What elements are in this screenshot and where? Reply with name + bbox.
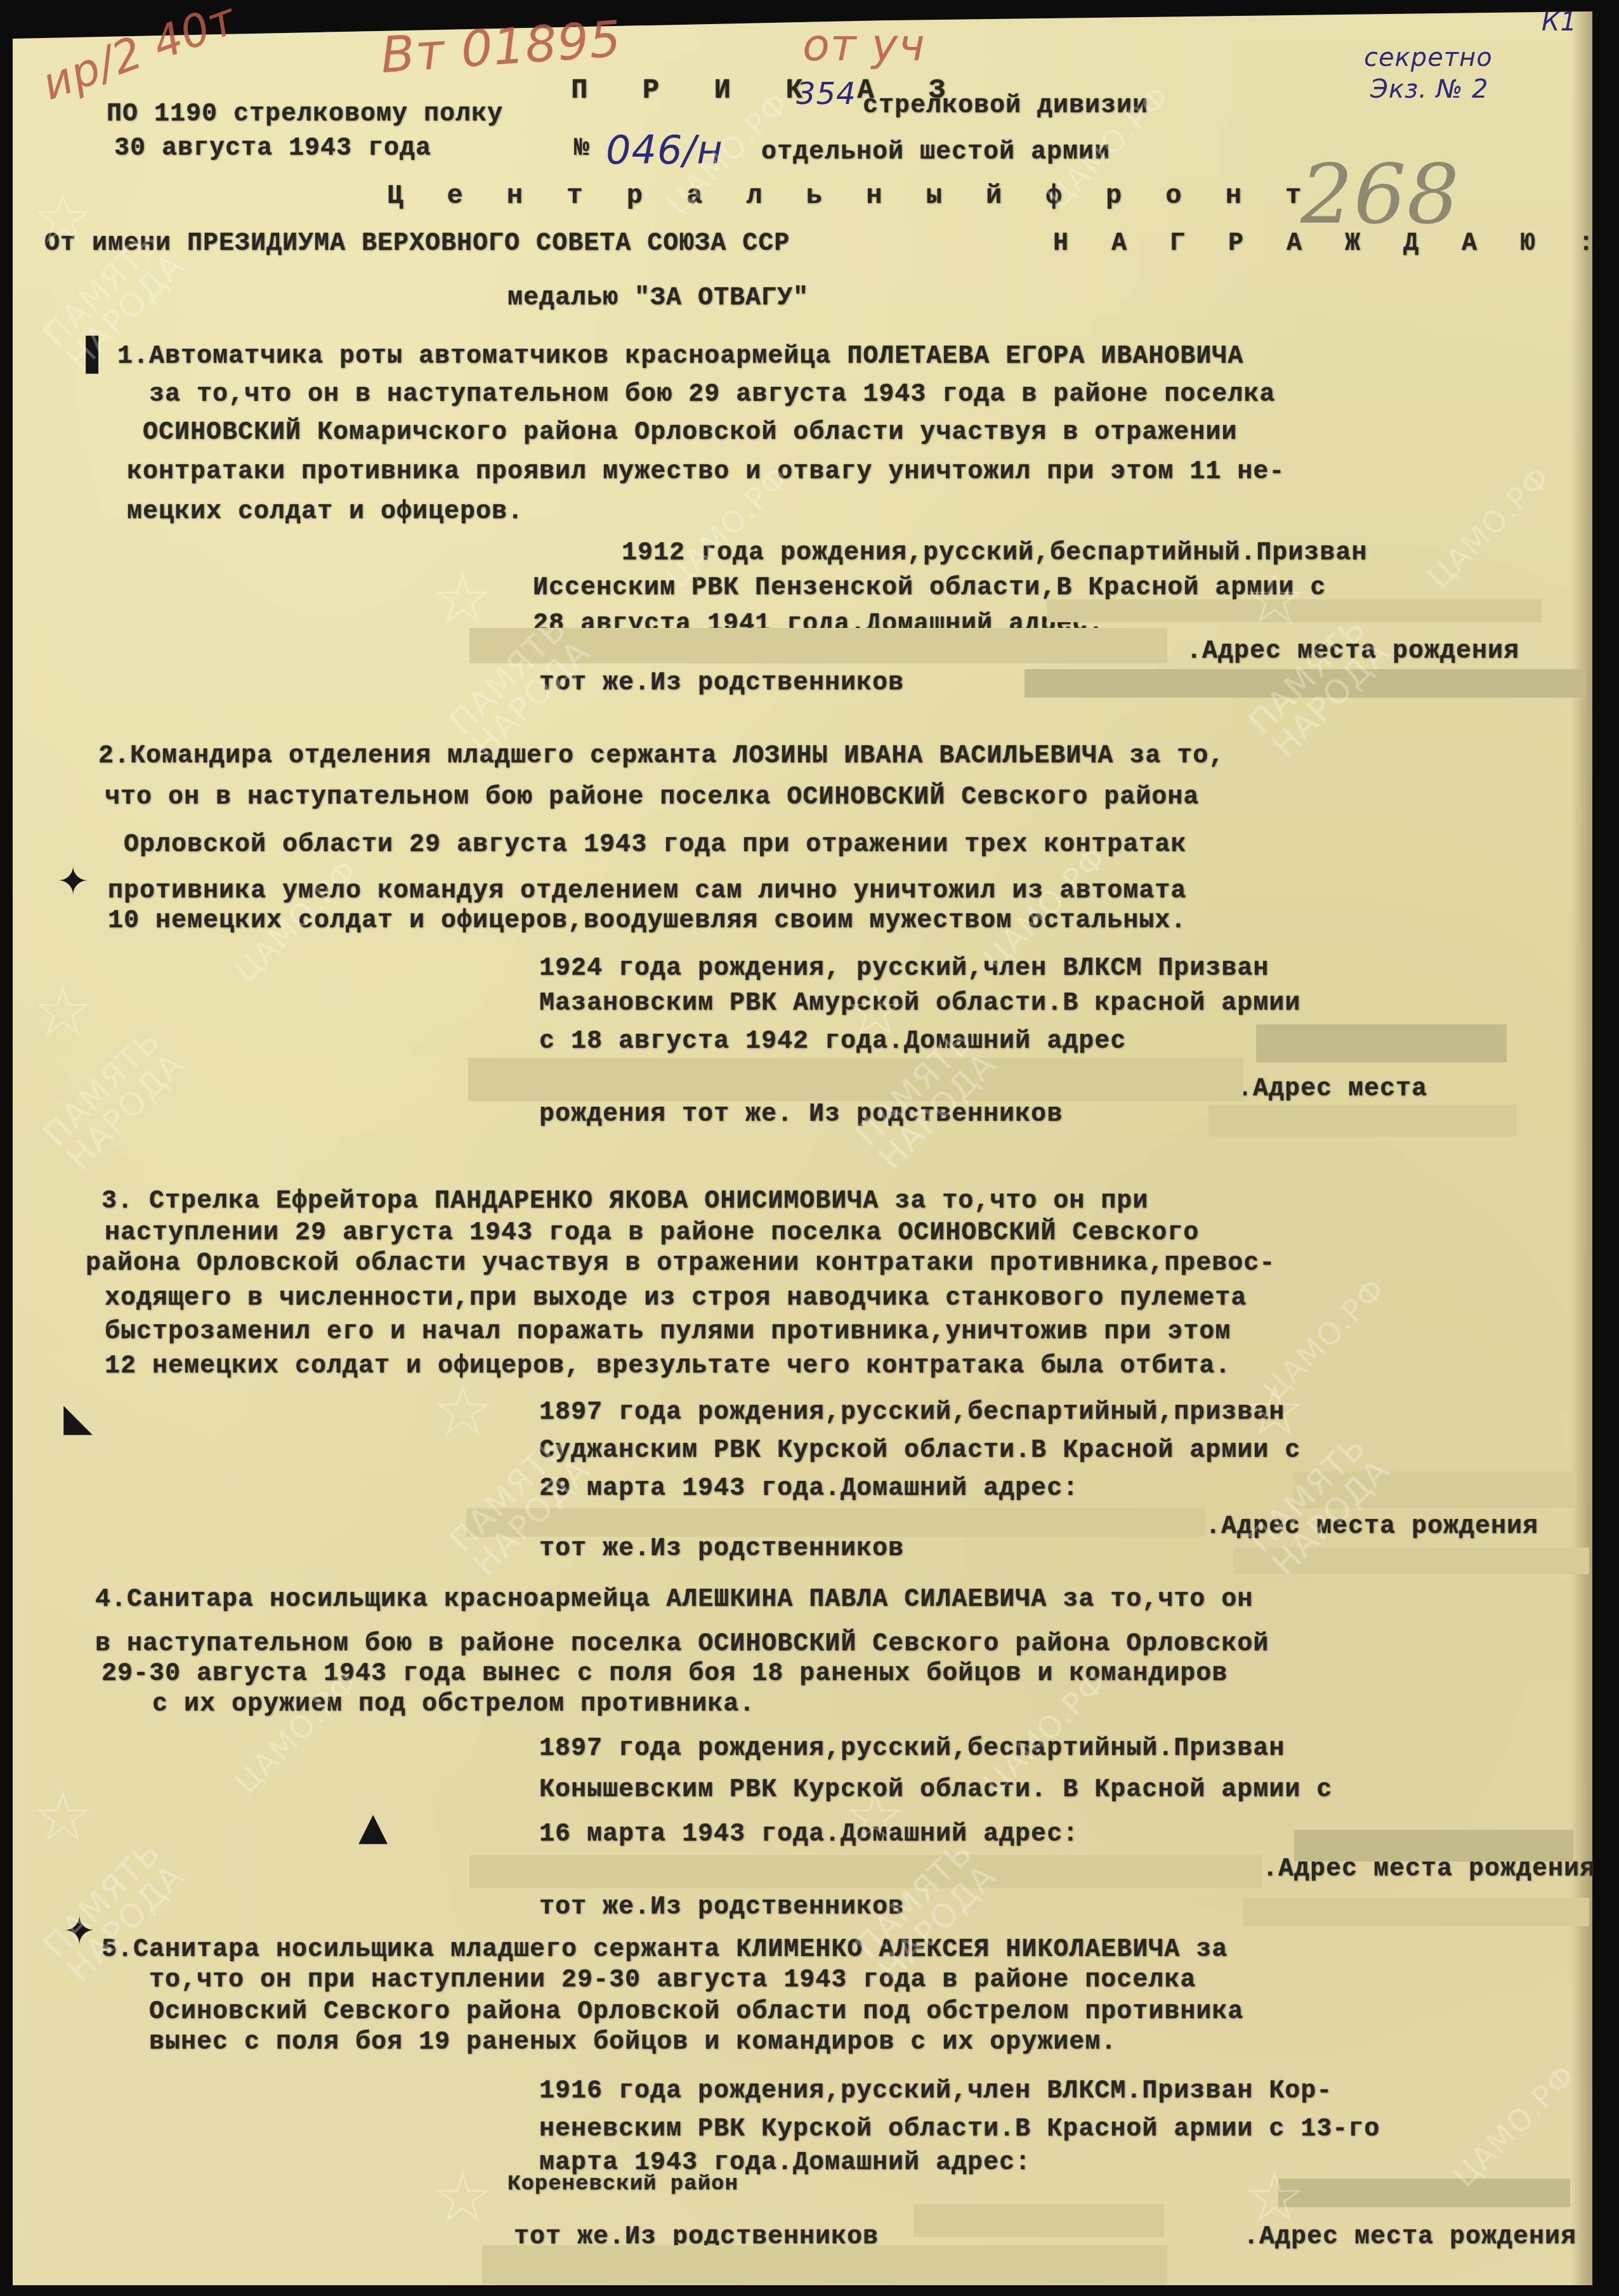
- entry-line: быстрозаменил его и начал поражать пулям…: [105, 1318, 1231, 1347]
- redaction-block: [469, 628, 1167, 663]
- redaction-block: [1294, 1471, 1576, 1508]
- entry-line: за то,что он в наступательном бою 29 авг…: [149, 381, 1275, 409]
- copy-number: Экз. № 2: [1370, 75, 1489, 104]
- division-label: стрелковой дивизии: [863, 92, 1148, 121]
- bio-line: неневским РВК Курской области.В Красной …: [539, 2115, 1380, 2144]
- regiment-line: ПО 1190 стрелковому полку: [107, 100, 503, 129]
- entry-line: 10 немецких солдат и офицеров,воодушевля…: [108, 907, 1186, 936]
- bio-line: .Адрес места рождения: [1243, 2223, 1576, 2252]
- redaction-block: [914, 2204, 1164, 2237]
- pencil-page-number: 268: [1301, 146, 1460, 242]
- entry-line: 29-30 августа 1943 года вынес с поля боя…: [102, 1660, 1228, 1688]
- entry-line: в наступательном бою в районе поселка ОС…: [95, 1630, 1269, 1659]
- bio-line: 1924 года рождения, русский,член ВЛКСМ П…: [539, 955, 1269, 983]
- redaction-block: [466, 1508, 1205, 1537]
- binding-hole-icon: ✦: [57, 859, 89, 904]
- entry-line: мецких солдат и офицеров.: [127, 498, 523, 526]
- redaction-block: [1256, 1024, 1507, 1062]
- bio-line: Суджанским РВК Курской области.В Красной…: [539, 1437, 1301, 1465]
- bio-line: рождения тот же. Из родственников: [539, 1100, 1063, 1129]
- entry-line: 12 немецких солдат и офицеров, врезульта…: [105, 1352, 1231, 1381]
- entry-line: Орловской области 29 августа 1943 года п…: [124, 831, 1186, 859]
- redaction-block: [1047, 599, 1542, 622]
- division-number: 354: [796, 76, 856, 112]
- bio-line: Конышевским РВК Курской области. В Красн…: [539, 1776, 1332, 1804]
- redaction-block: [482, 2245, 1167, 2285]
- entry-line: Осиновский Севского района Орловской обл…: [149, 1998, 1243, 2026]
- entry-line: ОСИНОВСКИЙ Комаричского района Орловской…: [143, 419, 1237, 447]
- redaction-block: [468, 1058, 1243, 1101]
- redaction-block: [1243, 1898, 1589, 1926]
- bio-line: 1916 года рождения,русский,член ВЛКСМ.Пр…: [539, 2077, 1332, 2106]
- bio-line: 1912 года рождения,русский,беспартийный.…: [622, 539, 1367, 568]
- army-line: отдельной шестой армии: [761, 138, 1110, 167]
- bio-line: 1897 года рождения,русский,беспартийный,…: [539, 1399, 1285, 1427]
- entry-line: 3. Стрелка Ефрейтора ПАНДАРЕНКО ЯКОВА ОН…: [102, 1187, 1148, 1216]
- bio-line: Кореневский район: [508, 2172, 738, 2196]
- medal-name: медалью "ЗА ОТВАГУ": [508, 284, 809, 313]
- entry-line: то,что он при наступлении 29-30 августа …: [149, 1966, 1196, 1995]
- bio-line: с 18 августа 1942 года.Домашний адрес: [539, 1027, 1126, 1056]
- bio-line: Мазановским РВК Амурской области.В красн…: [539, 989, 1301, 1018]
- bio-line: тот же.Из родственников: [539, 669, 904, 698]
- entry-line: 4.Санитара носильщика красноармейца АЛЕШ…: [95, 1586, 1253, 1614]
- entry-line: ходящего в численности,при выходе из стр…: [105, 1284, 1247, 1313]
- entry-line: 2.Командира отделения младшего сержанта …: [98, 742, 1224, 771]
- front-name: Ц е н т р а л ь н ы й ф р о н т: [387, 181, 1315, 211]
- ink-mark-icon: ▲: [358, 1804, 388, 1849]
- red-annotation-top-right: от уч: [803, 19, 926, 71]
- redaction-block: [1294, 1830, 1573, 1862]
- binding-hole-icon: ❚: [76, 330, 108, 374]
- entry-line: 1.Автоматчика роты автоматчиков красноар…: [117, 342, 1243, 371]
- secret-stamp: секретно: [1364, 43, 1493, 72]
- entry-line: с их оружием под обстрелом противника.: [152, 1690, 755, 1719]
- bio-line: 16 марта 1943 года.Домашний адрес:: [539, 1820, 1078, 1849]
- order-number: 046/н: [606, 127, 723, 173]
- order-date: 30 августа 1943 года: [114, 134, 431, 163]
- entry-line: района Орловской области участвуя в отра…: [86, 1249, 1275, 1278]
- redaction-block: [469, 1855, 1262, 1888]
- entry-line: наступлении 29 августа 1943 года в район…: [105, 1219, 1199, 1248]
- decree-award: Н А Г Р А Ж Д А Ю :: [1053, 230, 1608, 258]
- bio-line: .Адрес места рождения: [1186, 637, 1519, 666]
- redaction-block: [1025, 669, 1586, 698]
- entry-line: контратаки противника проявил мужество и…: [127, 458, 1285, 486]
- bio-line: 29 марта 1943 года.Домашний адрес:: [539, 1475, 1078, 1503]
- entry-line: что он в наступательном бою районе посел…: [105, 783, 1199, 812]
- redaction-block: [1209, 1105, 1516, 1137]
- bio-line: .Адрес места рождения: [1205, 1513, 1538, 1541]
- bio-line: тот же.Из родственников: [539, 1535, 904, 1563]
- sheet-mark: К1: [1542, 8, 1577, 37]
- bio-line: Иссенским РВК Пензенской области,В Красн…: [533, 574, 1326, 603]
- binding-hole-icon: ✦: [63, 1909, 95, 1954]
- redaction-block: [1234, 1548, 1589, 1574]
- entry-line: противника умело командуя отделением сам…: [108, 877, 1186, 906]
- order-number-label: №: [574, 134, 590, 163]
- redaction-block: [1278, 2179, 1570, 2207]
- bio-line: .Адрес места: [1237, 1075, 1427, 1104]
- decree-line: От имени ПРЕЗИДИУМА ВЕРХОВНОГО СОВЕТА СО…: [44, 230, 790, 258]
- entry-line: вынес с поля боя 19 раненых бойцов и ком…: [149, 2028, 1117, 2057]
- binding-hole-icon: ◣: [63, 1395, 93, 1440]
- bio-line: 1897 года рождения,русский,беспартийный.…: [539, 1735, 1285, 1763]
- bio-line: тот же.Из родственников: [539, 1893, 904, 1922]
- entry-line: 5.Санитара носильщика младшего сержанта …: [102, 1936, 1228, 1964]
